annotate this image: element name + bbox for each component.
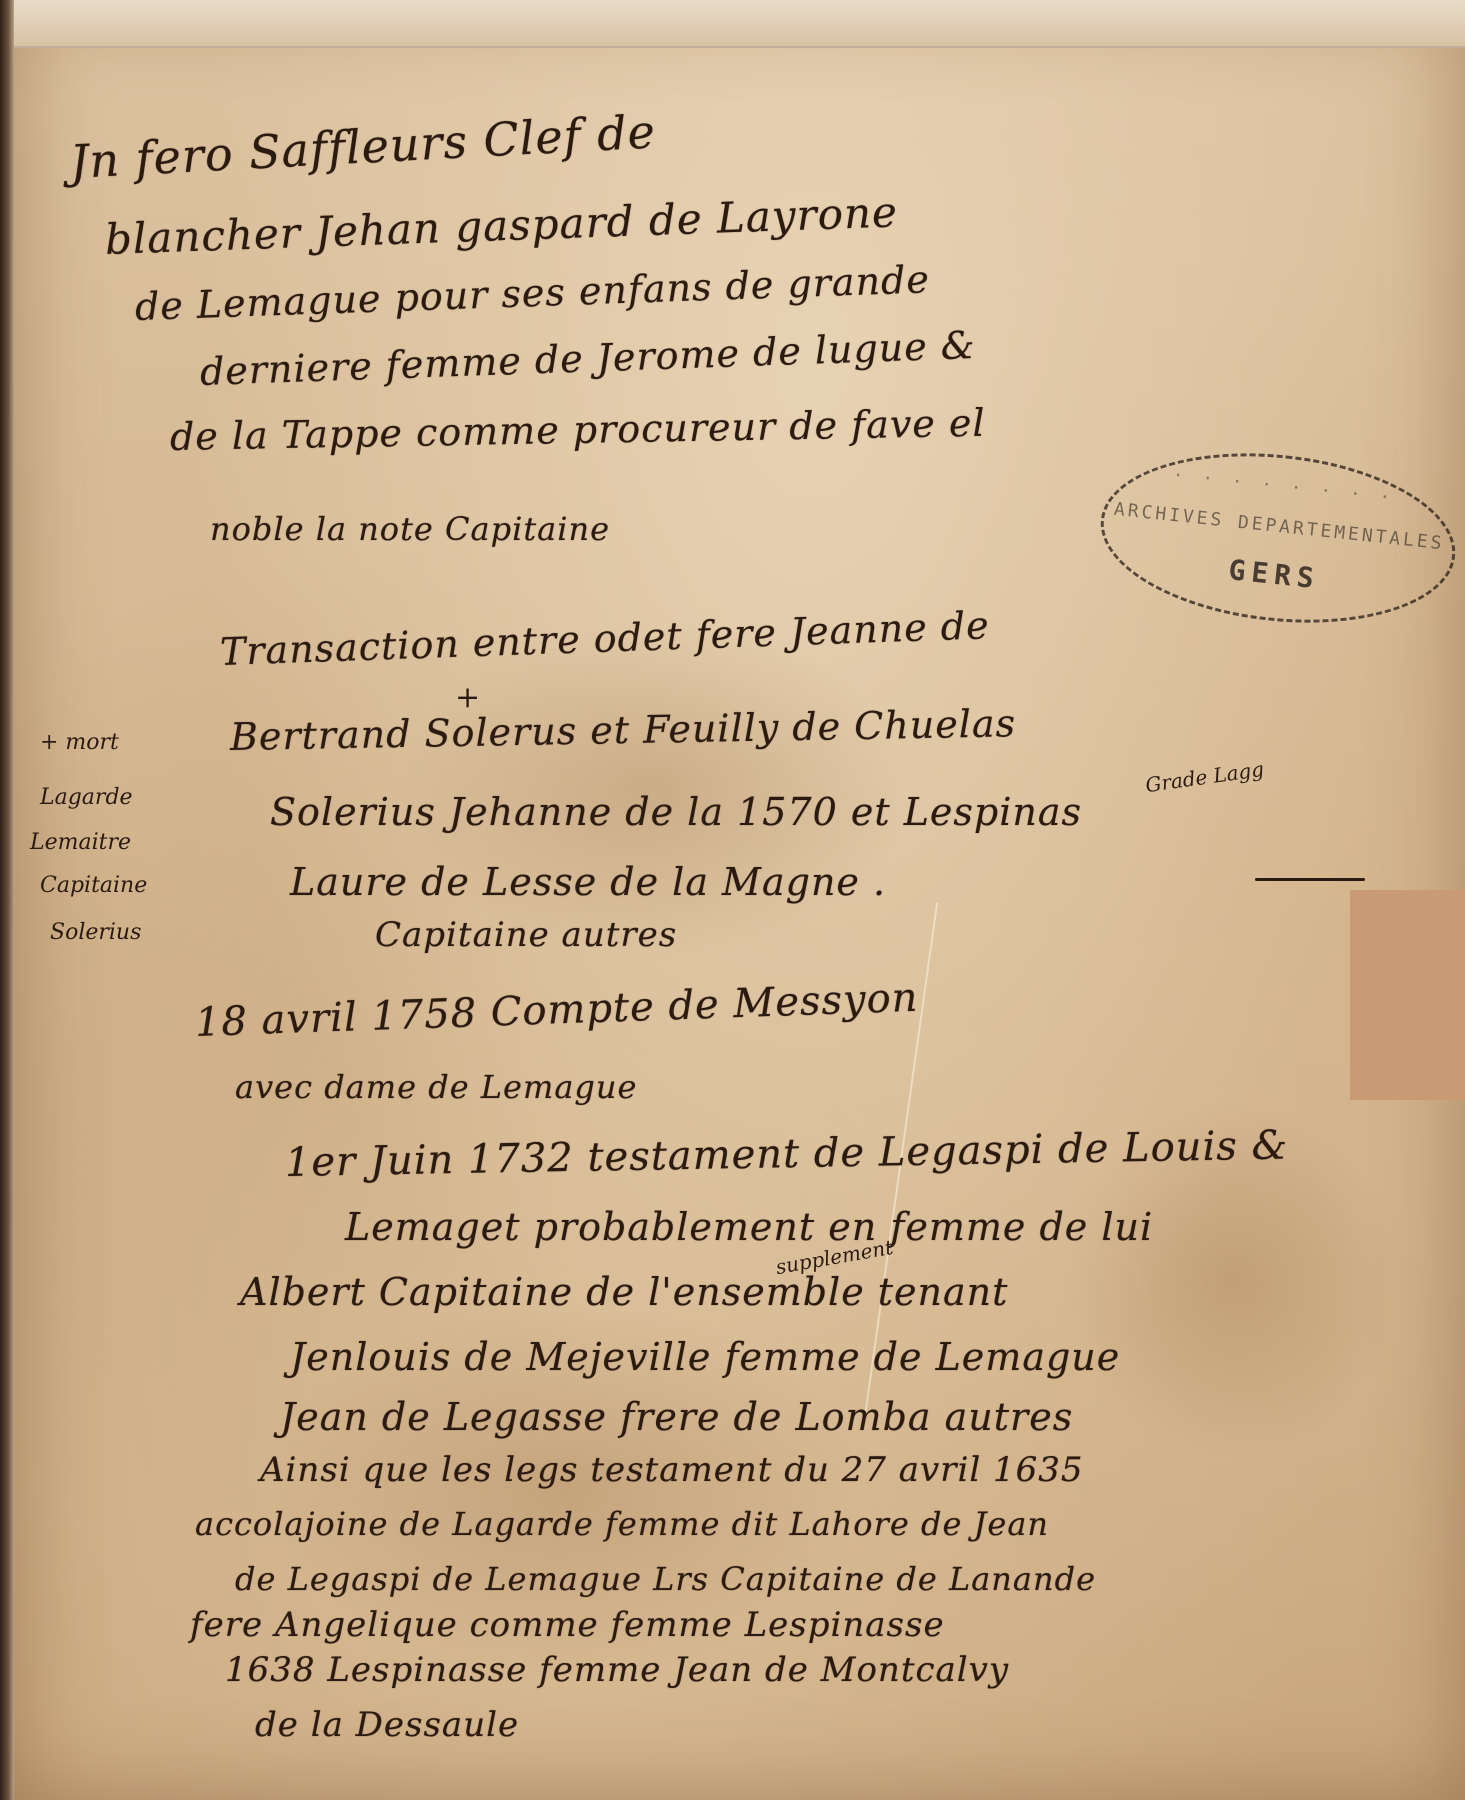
- margin-note: Lemaitre: [30, 830, 131, 855]
- top-fold: [14, 0, 1465, 48]
- margin-note: Solerius: [50, 920, 141, 945]
- manuscript-line: Solerius Jehanne de la 1570 et Lespinas: [270, 790, 1082, 834]
- manuscript-line: 1638 Lespinasse femme Jean de Montcalvy: [225, 1650, 1009, 1690]
- manuscript-line: de la Dessaule: [255, 1705, 519, 1745]
- manuscript-line: fere Angelique comme femme Lespinasse: [190, 1605, 945, 1645]
- manuscript-line: Ainsi que les legs testament du 27 avril…: [260, 1450, 1084, 1490]
- page-binding-edge: [0, 0, 14, 1800]
- manuscript-line: accolajoine de Lagarde femme dit Lahore …: [195, 1505, 1049, 1543]
- margin-note: + mort: [40, 730, 119, 755]
- manuscript-line: Albert Capitaine de l'ensemble tenant: [240, 1270, 1008, 1314]
- manuscript-line: Jenlouis de Mejeville femme de Lemague: [290, 1335, 1120, 1379]
- dash-rule: [1255, 878, 1365, 881]
- margin-note: Capitaine: [40, 873, 147, 898]
- manuscript-line: Capitaine autres: [375, 915, 677, 955]
- manuscript-line: Jean de Legasse frere de Lomba autres: [280, 1395, 1073, 1439]
- manuscript-line: noble la note Capitaine: [210, 510, 610, 548]
- manuscript-line: Lemaget probablement en femme de lui: [345, 1205, 1153, 1249]
- manuscript-line: avec dame de Lemague: [235, 1068, 637, 1106]
- manuscript-line: Laure de Lesse de la Magne .: [290, 860, 886, 904]
- manuscript-line: de Legaspi de Lemague Lrs Capitaine de L…: [235, 1560, 1096, 1598]
- torn-edge: [1350, 890, 1465, 1100]
- margin-note: Lagarde: [40, 785, 133, 810]
